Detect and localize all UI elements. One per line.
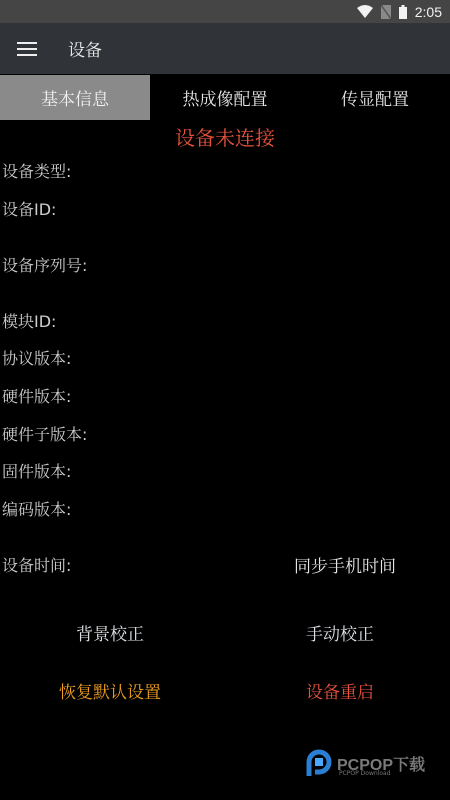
device-id-label: 设备ID: [2,197,56,220]
manual-calibration-button[interactable]: 手动校正 [240,620,440,645]
hamburger-menu-icon[interactable] [17,42,37,56]
no-sim-icon [381,5,391,19]
module-id-label: 模块ID: [2,309,56,332]
tab-basic-info[interactable]: 基本信息 [0,75,150,120]
sync-phone-time-button[interactable]: 同步手机时间 [245,552,445,577]
device-type-label: 设备类型: [2,159,71,182]
page-title: 设备 [68,36,102,61]
tab-thermal-config[interactable]: 热成像配置 [150,75,300,120]
hardware-version-label: 硬件版本: [2,384,71,407]
watermark: PCPOP下载 PCPOP Download [305,748,425,778]
serial-number-label: 设备序列号: [2,253,87,276]
encoding-version-label: 编码版本: [2,497,71,520]
device-time-label: 设备时间: [2,553,71,576]
tab-transmission-config[interactable]: 传显配置 [300,75,450,120]
battery-icon [399,5,407,19]
firmware-version-label: 固件版本: [2,459,71,482]
restore-defaults-button[interactable]: 恢复默认设置 [10,678,210,703]
watermark-sub: PCPOP Download [339,770,391,777]
hardware-sub-version-label: 硬件子版本: [2,422,87,445]
tab-bar: 基本信息 热成像配置 传显配置 [0,75,450,120]
background-calibration-button[interactable]: 背景校正 [10,620,210,645]
pcpop-logo-icon [305,748,333,778]
toolbar: 设备 [0,23,450,74]
restart-device-button[interactable]: 设备重启 [240,678,440,703]
status-time: 2:05 [415,4,442,20]
wifi-icon [357,5,373,18]
protocol-version-label: 协议版本: [2,346,71,369]
connection-status: 设备未连接 [0,122,450,151]
status-bar: 2:05 [0,0,450,23]
